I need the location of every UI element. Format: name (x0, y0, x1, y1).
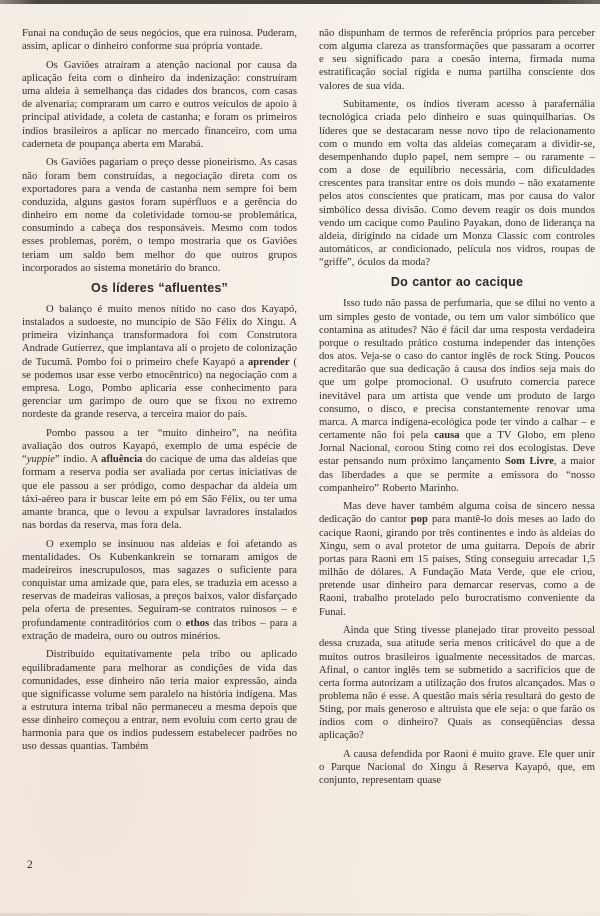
text-run: ethos (186, 618, 210, 629)
scan-edge-top (0, 0, 600, 4)
paragraph: Subitamente, os índios tiveram acesso à … (319, 98, 595, 269)
paragraph: Pombo passou a ter “muito dinheiro”, na … (22, 427, 297, 532)
paragraph: Funai na condução de seus negócios, que … (22, 27, 297, 53)
paragraph: não dispunham de termos de referência pr… (319, 27, 595, 93)
paragraph: Isso tudo não passa de perfumaria, que s… (319, 297, 595, 494)
text-run: pop (411, 514, 428, 525)
text-run: Os Gaviões atraíram a atenção nacional p… (22, 60, 297, 150)
text-run: A causa defendida por Raoni é muito grav… (319, 749, 595, 786)
text-run: afluência (101, 454, 142, 465)
text-run: O exemplo se insinuou nas aldeias e foi … (22, 539, 297, 629)
paragraph: Os Gaviões pagariam o preço desse pionei… (22, 156, 297, 274)
text-run: Distribuído equitativamente pela tribo o… (22, 649, 297, 752)
text-run: Os Gaviões pagariam o preço desse pionei… (22, 157, 297, 273)
section-heading: Do cantor ao cacique (319, 276, 595, 289)
paragraph: O exemplo se insinuou nas aldeias e foi … (22, 538, 297, 643)
left-column: Funai na condução de seus negócios, que … (22, 27, 297, 759)
right-column: não dispunham de termos de referência pr… (319, 27, 595, 793)
paragraph: Mas deve haver também alguma coisa de si… (319, 500, 595, 618)
text-run: Subitamente, os índios tiveram acesso à … (319, 99, 595, 268)
paragraph: Os Gaviões atraíram a atenção nacional p… (22, 59, 297, 151)
text-run: aprender (248, 357, 290, 368)
text-run: ” índio. A (55, 454, 101, 465)
text-run: para mantê-lo dois meses ao lado do caci… (319, 514, 595, 617)
text-run: yuppie (27, 454, 55, 465)
text-run: Ainda que Sting tivesse planejado tirar … (319, 625, 595, 741)
paragraph: Distribuído equitativamente pela tribo o… (22, 648, 297, 753)
document-page: Funai na condução de seus negócios, que … (0, 0, 600, 916)
paragraph: Ainda que Sting tivesse planejado tirar … (319, 624, 595, 742)
paragraph: A causa defendida por Raoni é muito grav… (319, 748, 595, 787)
text-run: não dispunham de termos de referência pr… (319, 28, 595, 92)
text-run: Som Livre (505, 456, 554, 467)
section-heading: Os líderes “afluentes” (22, 282, 297, 295)
paragraph: O balanço é muito menos nítido no caso d… (22, 303, 297, 421)
page-number: 2 (27, 859, 33, 871)
text-run: Isso tudo não passa de perfumaria, que s… (319, 298, 595, 441)
text-run: do cacique de uma das aldeias que formam… (22, 454, 297, 531)
text-run: Funai na condução de seus negócios, que … (22, 28, 297, 52)
text-run: causa (434, 430, 459, 441)
